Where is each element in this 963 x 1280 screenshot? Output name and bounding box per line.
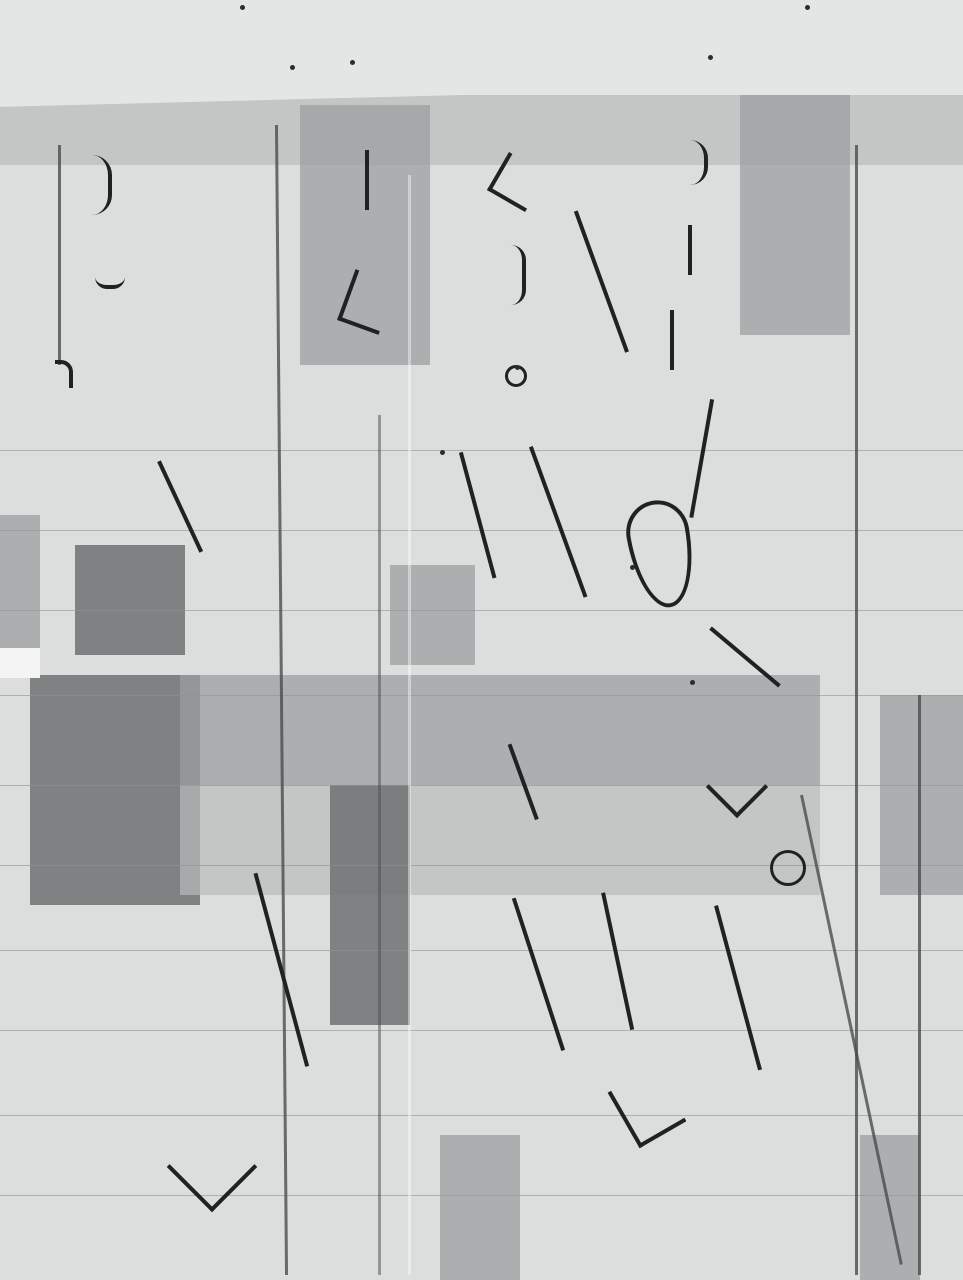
- margin-line: [918, 695, 921, 1275]
- stain: [330, 785, 410, 1025]
- stain: [0, 648, 40, 678]
- handwriting-stroke: [770, 850, 806, 886]
- ruled-line: [0, 610, 963, 611]
- handwriting-stroke: [670, 225, 692, 275]
- handwriting-stroke: [670, 310, 692, 370]
- stain: [390, 565, 475, 665]
- ruled-line: [0, 1195, 963, 1196]
- handwriting-stroke: [714, 890, 820, 1071]
- ruled-line: [0, 865, 963, 866]
- stain: [740, 95, 850, 335]
- stain: [30, 675, 200, 905]
- fold-crease: [378, 415, 381, 1275]
- ink-speck: [350, 60, 355, 65]
- handwriting-stroke: [555, 210, 629, 359]
- handwriting-stroke: [601, 880, 693, 1030]
- handwriting-stroke: [459, 442, 535, 579]
- ink-dot: [515, 365, 520, 370]
- ink-dot: [440, 450, 445, 455]
- handwriting-stroke: [95, 245, 125, 289]
- ink-speck: [240, 5, 245, 10]
- ruled-line: [0, 695, 963, 696]
- handwriting-stroke: [510, 245, 526, 305]
- ink-dot: [690, 680, 695, 685]
- handwriting-stroke: [345, 150, 369, 210]
- handwriting-stroke: [608, 1066, 687, 1148]
- manuscript-page: [0, 95, 963, 1280]
- ink-speck: [708, 55, 713, 60]
- fold-crease: [408, 175, 411, 1275]
- ruled-line: [0, 950, 963, 951]
- handwriting-stroke: [167, 1122, 258, 1213]
- ink-speck: [805, 5, 810, 10]
- handwriting-stroke: [650, 392, 714, 518]
- ink-dot: [630, 565, 635, 570]
- handwriting-stroke: [215, 873, 309, 1078]
- handwriting-stroke: [90, 155, 112, 215]
- margin-line: [58, 145, 61, 365]
- ink-speck: [290, 65, 295, 70]
- margin-line: [855, 145, 858, 1275]
- handwriting-stroke: [55, 360, 73, 388]
- handwriting-stroke: [529, 432, 625, 597]
- ruled-line: [0, 785, 963, 786]
- stain: [440, 1135, 520, 1280]
- ruled-line: [0, 1030, 963, 1031]
- ruled-line: [0, 1115, 963, 1116]
